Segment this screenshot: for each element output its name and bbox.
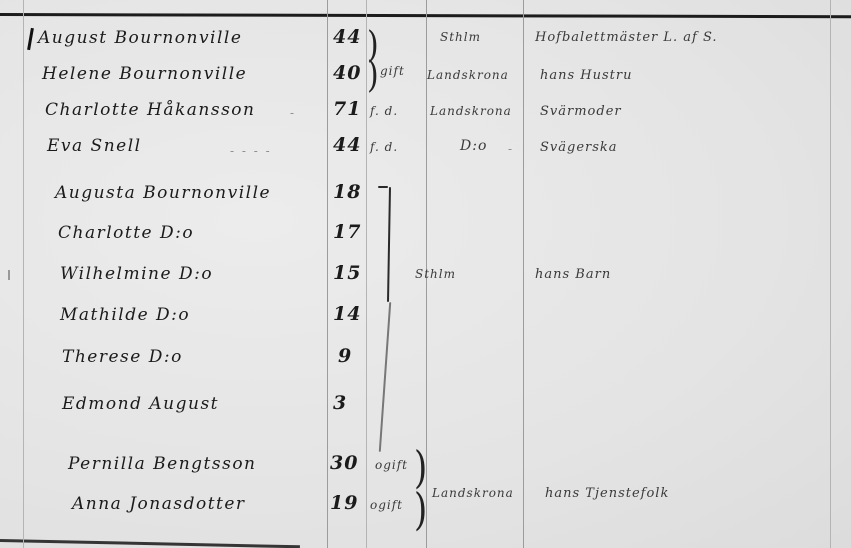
servants-bracket: ): [414, 484, 427, 536]
register-row: Wilhelmine D:o 15: [0, 262, 851, 300]
register-row: Charlotte D:o 17: [0, 221, 851, 259]
person-name: Charlotte D:o: [58, 223, 194, 243]
marital-status: gift: [380, 64, 405, 78]
ditto-dashes: - - - -: [230, 144, 272, 158]
marital-status: ogift: [370, 498, 403, 512]
person-name: Wilhelmine D:o: [60, 264, 213, 284]
register-row: Charlotte Håkansson - 71 f. d. Landskron…: [0, 98, 851, 136]
person-name: Therese D:o: [62, 347, 183, 367]
person-name: Anna Jonasdotter: [72, 494, 246, 514]
person-name: Helene Bournonville: [42, 64, 247, 84]
person-age: 71: [333, 98, 361, 120]
birthplace: Landskrona: [427, 68, 509, 82]
person-age: 15: [333, 262, 361, 284]
register-row: Edmond August 3: [0, 392, 851, 430]
person-age: 19: [330, 492, 358, 514]
marital-status: f. d.: [370, 104, 398, 118]
register-row: August Bournonville 44 Sthlm Hofbalettmä…: [0, 26, 851, 64]
person-age: 9: [338, 345, 352, 367]
ditto-dash: -: [508, 142, 514, 156]
occupation: Svärmoder: [540, 104, 622, 119]
children-brace-top: [378, 186, 388, 188]
birthplace: D:o: [460, 138, 487, 154]
occupation: hans Tjenstefolk: [545, 486, 669, 501]
ditto-dashes: -: [290, 106, 296, 120]
person-name: August Bournonville: [38, 28, 242, 48]
person-name: Mathilde D:o: [60, 305, 190, 325]
register-row: Helene Bournonville 40 gift Landskrona h…: [0, 62, 851, 100]
person-age: 30: [330, 452, 358, 474]
person-age: 14: [333, 303, 361, 325]
person-age: 40: [333, 62, 361, 84]
person-name: Edmond August: [62, 394, 219, 414]
birthplace: Landskrona: [432, 486, 514, 500]
occupation: Hofbalettmäster L. af S.: [535, 30, 718, 45]
register-row: Mathilde D:o 14: [0, 303, 851, 341]
person-age: 17: [333, 221, 361, 243]
birthplace: Landskrona: [430, 104, 512, 118]
occupation: hans Hustru: [540, 68, 633, 83]
marital-status: ogift: [375, 458, 408, 472]
register-row: Therese D:o 9: [0, 345, 851, 383]
register-row: Eva Snell - - - - 44 f. d. D:o - Svägers…: [0, 134, 851, 172]
person-age: 3: [333, 392, 347, 414]
register-row: Augusta Bournonville 18: [0, 181, 851, 219]
person-age: 44: [333, 134, 361, 156]
couple-bracket: ): [367, 55, 379, 97]
occupation: Svägerska: [540, 140, 618, 155]
person-name: Eva Snell: [47, 136, 142, 156]
person-age: 18: [333, 181, 361, 203]
person-name: Charlotte Håkansson: [45, 100, 256, 120]
person-name: Pernilla Bengtsson: [68, 454, 257, 474]
marital-status: f. d.: [370, 140, 398, 154]
person-age: 44: [333, 26, 361, 48]
footer-rule: [0, 539, 300, 548]
register-page: August Bournonville 44 Sthlm Hofbalettmä…: [0, 0, 851, 548]
person-name: Augusta Bournonville: [55, 183, 271, 203]
birthplace: Sthlm: [440, 30, 481, 44]
